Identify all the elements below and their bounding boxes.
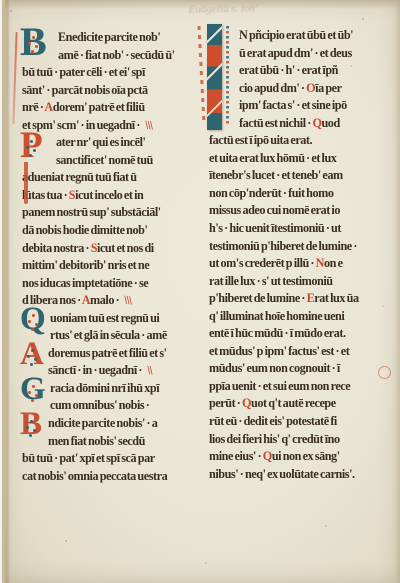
text-line: mine eius' · Qui non ex sāng' <box>209 448 389 466</box>
text-line: non cōp'nderūt · fuit homo <box>209 185 389 203</box>
pen-flourish-dots <box>31 349 34 352</box>
text-line: bū tuū · pater cēli · et ei' spī <box>22 64 198 82</box>
text-line: cio apud dm' · Oīa per <box>239 80 389 98</box>
text-line: erat ūbū · h' · erat īpñ <box>239 62 389 80</box>
text-line: amē · fiat nob' · secūdū ū' <box>58 47 198 65</box>
text-line: N pñcipio erat ūbū et ūb' <box>239 27 389 45</box>
red-line-filler: \\\ <box>144 116 153 134</box>
rubricated-letter: Q <box>263 449 272 463</box>
pen-flourish-dots <box>32 314 35 317</box>
text-line: mūdus' eum non cognouit · ī <box>209 360 389 378</box>
text-line: mittim' debitorib' nris et ne <box>22 257 198 275</box>
drop-cap-q: Q <box>20 305 46 335</box>
text-line: ū erat apud dm' · et deus <box>239 45 389 63</box>
drop-cap-b: B <box>20 410 42 440</box>
text-line: d libera nos · Amalo ·\\\ <box>22 292 198 310</box>
header-inscription: Euāgeliū s. ioh' <box>158 2 288 17</box>
text-line: perūt · Quot q't autē recepe <box>209 395 389 413</box>
text-line: racia dōmini nrī ihū xpī <box>50 380 198 398</box>
text-line: q' illuminat hoīe homine ueni <box>209 308 389 326</box>
text-line: debita nostra · Sicut et nos di <box>22 240 198 258</box>
drop-cap-a: A <box>20 340 44 370</box>
text-line: sānctī · in · uegadnī ·\\ <box>48 362 198 380</box>
text-line: p'hiberet de lumine · Erat lux ūa <box>209 290 389 308</box>
text-line: uoniam tuū est regnū ui <box>50 310 198 328</box>
text-line: sānt' · parcāt nobis oīa pctā <box>22 82 198 100</box>
text-line: ppīa uenit · et sui eum non rece <box>209 378 389 396</box>
marginal-flourish <box>12 32 17 124</box>
page-edge-left <box>0 0 10 583</box>
text-line: nibus' · neq' ex uolūtate carnis'. <box>209 466 389 484</box>
drop-cap-p: P <box>20 129 43 162</box>
text-line: cat nobis' omnia peccata uestra <box>22 468 198 486</box>
text-line: nrē · Adorem' patrē et filiū <box>22 99 198 117</box>
pen-flourish-dots <box>30 140 33 143</box>
text-line: adueniat regnū tuū fiat ū <box>22 169 198 187</box>
text-line: cum omnibus' nobis · <box>50 397 198 415</box>
red-line-filler: \\ <box>146 362 153 380</box>
margin-annotation-circle <box>378 366 391 379</box>
rubricated-letter: A <box>82 293 90 307</box>
text-line: rat ille lux · s' ut testimoniū <box>209 273 389 291</box>
page-edge-right <box>394 0 400 583</box>
rubricated-letter: N <box>316 256 324 270</box>
text-line: sanctificet' nomē tuū <box>56 152 198 170</box>
text-line: doremus patrē et filiū et s' <box>48 345 198 363</box>
text-line: testimoniū p'hiberet de lumine · <box>209 238 389 256</box>
text-line: rtus' et glā in sēcula · amē <box>50 327 198 345</box>
drop-cap-b: B <box>20 24 47 60</box>
text-line: nos iducas imptetatiōne · se <box>22 275 198 293</box>
parchment-specks <box>10 10 12 12</box>
text-line: ndicite parcite nobis' · a <box>48 415 198 433</box>
text-line: bū tuū · pat' xpī et spī scā par <box>22 450 198 468</box>
rubricated-letter: Q <box>242 396 251 410</box>
text-line: missus adeo cui nomē erat io <box>209 202 389 220</box>
text-line: et mūdus' p ipm' factus' est · et <box>209 343 389 361</box>
text-line: factū est nichil · Quod <box>239 115 389 133</box>
drop-cap-i <box>207 24 222 130</box>
text-line: entē ī hūc mūdū · ī mūdo erat. <box>209 325 389 343</box>
text-line: et uita erat lux hōmū · et lux <box>209 150 389 168</box>
text-line: et spm' scm' · in uegadnī ·\\\ <box>22 117 198 135</box>
right-text-column: N pñcipio erat ūbū et ūb'ū erat apud dm'… <box>209 27 389 483</box>
text-line: factū est ī ipō uita erat. <box>209 132 389 150</box>
pen-flourish-dots <box>30 420 33 423</box>
left-text-column: Enedicite parcite nob'amē · fiat nob' · … <box>22 29 198 485</box>
manuscript-page: Euāgeliū s. ioh' Enedicite parcite nob'a… <box>0 0 400 583</box>
text-line: lios dei fieri his' q' credūt īno <box>209 431 389 449</box>
text-line: ut om's crederēt p illū · Non e <box>209 255 389 273</box>
drop-cap-g: G <box>20 375 46 405</box>
pen-flourish-dots <box>32 385 35 388</box>
text-line: ipm' facta s' · et sine ipō <box>239 97 389 115</box>
text-line: panem nostrū sup' substāciāl' <box>22 204 198 222</box>
text-line: rūt eū · dedit eis' potestatē fi <box>209 413 389 431</box>
red-line-filler: \\\ <box>123 292 132 310</box>
rubricated-letter: O <box>306 81 315 95</box>
text-line: ater nr' qui es incēl' <box>56 134 198 152</box>
text-line: lūtas tua · Sicut incelo et in <box>22 187 198 205</box>
text-line: ītenebr's lucet · et teneb' eam <box>209 167 389 185</box>
pen-flourish-dots <box>32 36 35 39</box>
text-line: Enedicite parcite nob' <box>58 29 198 47</box>
text-line: h's · hic uenit ītestimoniū · ut <box>209 220 389 238</box>
rubricated-letter: A <box>44 100 52 114</box>
text-line: dā nobis hodie dimitte nob' <box>22 222 198 240</box>
text-line: men fiat nobis' secdū <box>48 433 198 451</box>
